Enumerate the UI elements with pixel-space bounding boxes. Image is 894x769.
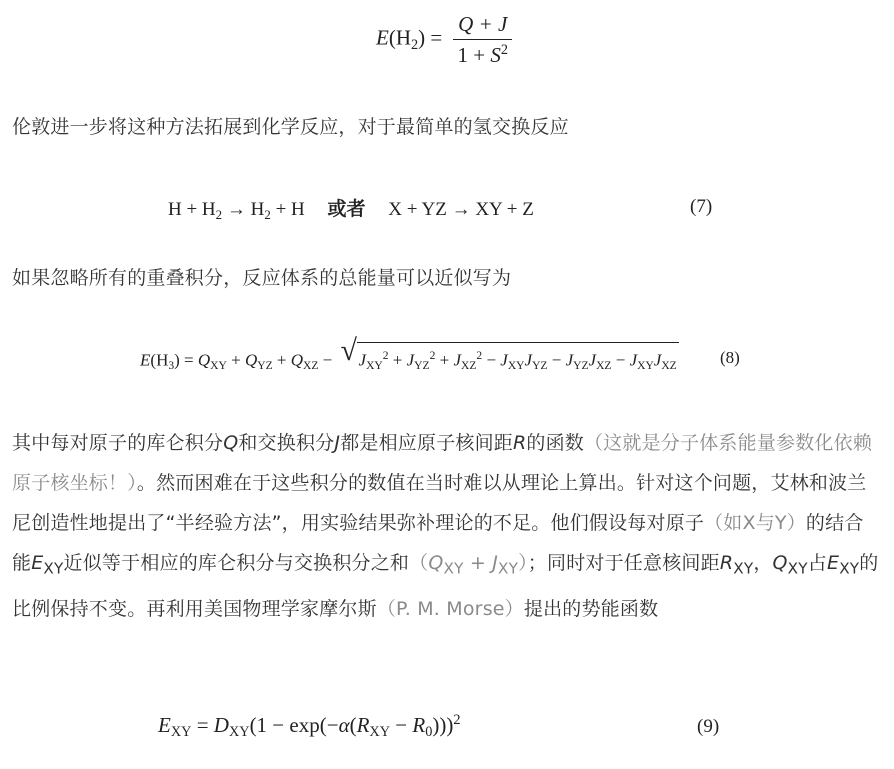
p3-gray-j-sub: XY (498, 560, 518, 578)
eq8-lhs-sub: 3 (168, 359, 174, 372)
p3-sub-xy-2: XY (733, 560, 753, 578)
eq8-q2: Q (245, 350, 257, 369)
p3-text-1: 其中每对原子的库仑积分 (12, 432, 223, 454)
eq9-equals: = (197, 713, 209, 737)
p3-sub-xy-4: XY (839, 560, 859, 578)
p3-var-r2: R (720, 552, 733, 574)
p3-gray-plus: + (464, 552, 493, 574)
paragraph1-text: 伦敦进一步将这种方法拓展到化学反应，对于最简单的氢交换反应 (12, 116, 569, 138)
eq8-sqrt: √ JXY2 + JYZ2 + JXZ2 − JXYJYZ − JYZJXZ −… (341, 342, 679, 372)
eq8-equals: = (184, 350, 194, 369)
p3-gray-close: ） (518, 552, 528, 574)
paragraph-semi-empirical: 其中每对原子的库仑积分Q和交换积分J都是相应原子核间距R的函数（这就是分子体系能… (12, 423, 882, 629)
eq8-lhs-arg: H (156, 350, 168, 369)
p3-gray-sum: （QXY + JXY） (409, 552, 528, 574)
paragraph-total-energy: 如果忽略所有的重叠积分，反应体系的总能量可以近似写为 (12, 258, 882, 298)
p3-text-7: 近似等于相应的库仑积分与交换积分之和 (64, 552, 410, 574)
equation-h3-energy: E(H3) = QXY + QYZ + QXZ − √ JXY2 + JYZ2 … (140, 342, 679, 372)
eq6-equals: = (430, 26, 442, 50)
eq9-lhs-sub: XY (171, 724, 192, 740)
eq6-paren-close: ) (418, 26, 425, 50)
eq6-den-a: 1 + (457, 43, 490, 67)
eq9-close: ))) (432, 713, 453, 737)
eq6-fraction: Q + J 1 + S2 (453, 12, 511, 68)
p3-text-4: 的函数 (526, 432, 584, 454)
p3-text-12: 提出的势能函数 (524, 598, 658, 620)
eq6-lhs-arg: H (396, 26, 411, 50)
p3-sub-xy-3: XY (788, 560, 808, 578)
eq7-part2: + H (271, 199, 305, 220)
eq6-lhs-func: E (376, 26, 389, 50)
p3-gray-open: （ (409, 552, 428, 574)
paragraph2-text: 如果忽略所有的重叠积分，反应体系的总能量可以近似写为 (12, 267, 511, 289)
eq7-part1: H + H (168, 199, 216, 220)
eq9-r-sub: XY (369, 724, 390, 740)
p3-var-q2: Q (773, 552, 788, 574)
eq9-d: D (214, 713, 229, 737)
eq7-connector: 或者 (328, 198, 366, 220)
eq8-q1-sub: XY (210, 359, 227, 372)
p3-text-9: ， (753, 552, 772, 574)
eq8-sqrt-body: JXY2 + JYZ2 + JXZ2 − JXYJYZ − JYZJXZ − J… (357, 342, 679, 372)
equation-number-8: (8) (720, 348, 740, 368)
eq8-lhs: E (140, 350, 150, 369)
eq9-body-a: (1 − exp(− (250, 713, 339, 737)
equation-number-7: (7) (690, 196, 712, 218)
eq6-den-var: S (490, 43, 501, 67)
p3-var-e2: E (827, 552, 839, 574)
eq6-paren-open: ( (389, 26, 396, 50)
equation-number-9: (9) (697, 716, 719, 738)
p3-sub-xy-1: XY (43, 560, 63, 578)
eq9-alpha: α (339, 713, 350, 737)
eq9-lhs: E (158, 713, 171, 737)
p3-gray-example: （如X与Y） (704, 512, 806, 534)
p3-var-r: R (513, 432, 526, 454)
eq7-arrow1: → H (222, 199, 264, 220)
eq9-d-sub: XY (229, 724, 250, 740)
eq9-body-b: ( (350, 713, 357, 737)
p3-var-e: E (31, 552, 43, 574)
paragraph-london-extension: 伦敦进一步将这种方法拓展到化学反应，对于最简单的氢交换反应 (12, 107, 882, 147)
eq8-q2-sub: YZ (257, 359, 272, 372)
eq9-r0: R (412, 713, 425, 737)
eq6-den-sup: 2 (501, 42, 508, 58)
eq8-minus: − (323, 350, 333, 369)
sqrt-icon: √ (341, 336, 357, 366)
eq9-minus: − (390, 713, 412, 737)
equation-morse-potential: EXY = DXY(1 − exp(−α(RXY − R0)))2 (158, 712, 460, 741)
p3-gray-q: Q (428, 552, 443, 574)
p3-var-q: Q (223, 432, 238, 454)
p3-gray-morse: （P. M. Morse） (377, 598, 524, 620)
p3-text-2: 和交换积分 (238, 432, 334, 454)
p3-gray-q-sub: XY (443, 560, 463, 578)
eq8-q3: Q (291, 350, 303, 369)
eq9-r: R (357, 713, 370, 737)
p3-text-10: 占 (808, 552, 827, 574)
eq8-q1: Q (198, 350, 210, 369)
p3-text-8: ；同时对于任意核间距 (528, 552, 720, 574)
eq6-denominator: 1 + S2 (453, 40, 511, 68)
eq6-numerator: Q + J (453, 12, 511, 40)
equation-exchange-reaction: H + H2 → H2 + H 或者 X + YZ → XY + Z (168, 194, 534, 223)
eq8-q3-sub: XZ (303, 359, 318, 372)
p3-text-3: 都是相应原子核间距 (340, 432, 513, 454)
eq7-part3: X + YZ → XY + Z (388, 199, 534, 220)
equation-h2-energy: E(H2) = Q + J 1 + S2 (376, 12, 512, 68)
eq9-sup: 2 (453, 712, 460, 728)
